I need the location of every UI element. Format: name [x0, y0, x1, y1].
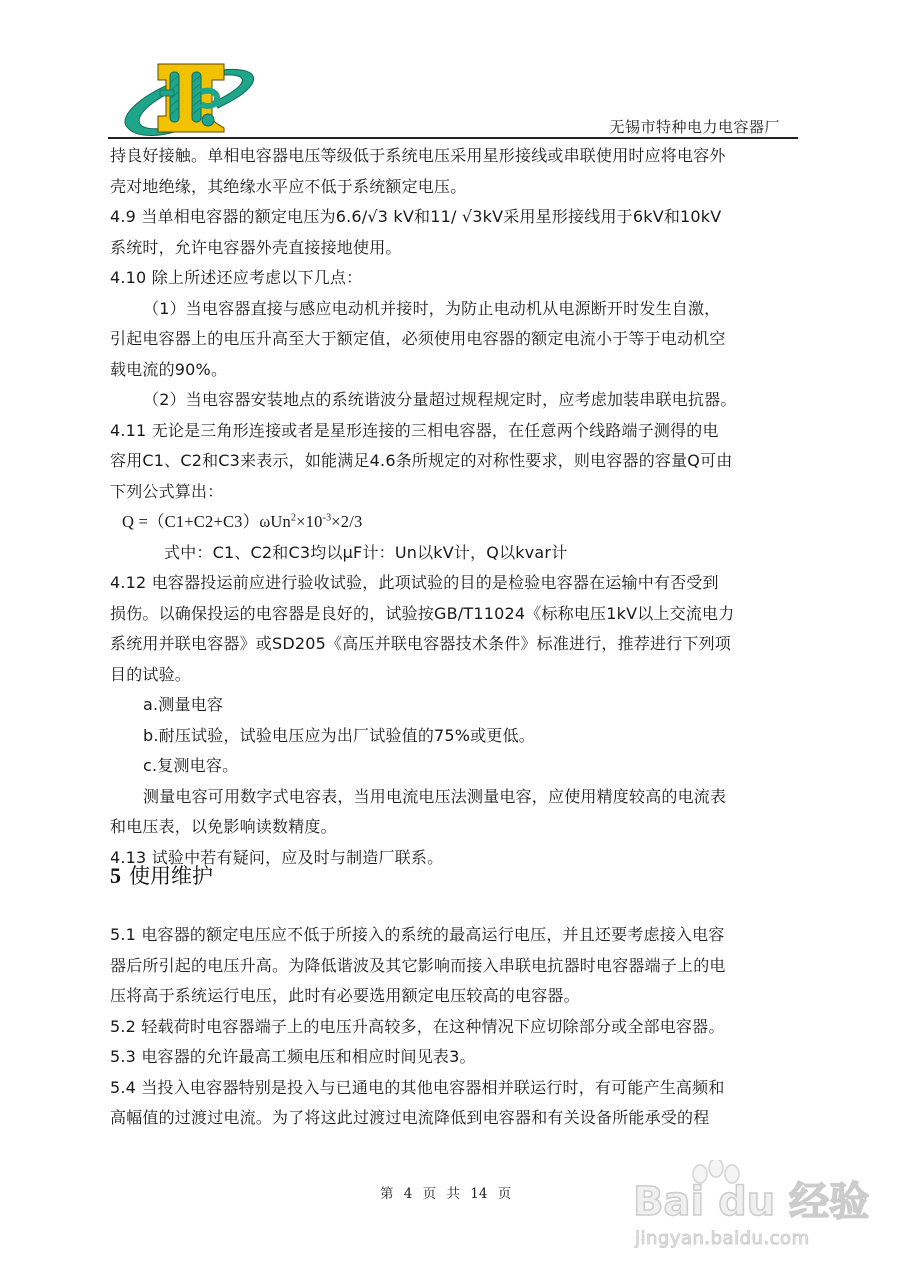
clause-4-10: 4.10 除上所述还应考虑以下几点：	[110, 263, 800, 294]
watermark-url: jingyan.baidu.com	[635, 1228, 810, 1249]
formula-exponent: -3	[323, 513, 332, 524]
paragraph-line: 高幅值的过渡过电流。为了将这此过渡过电流降低到电容器和有关设备所能承受的程	[110, 1103, 800, 1134]
document-page: 无锡市特种电力电容器厂 持良好接触。单相电容器电压等级低于系统电压采用星形接线或…	[0, 0, 905, 1280]
paragraph-line: 损伤。以确保投运的电容器是良好的，试验按GB/T11024《标称电压1kV以上交…	[110, 599, 800, 630]
watermark-brand: Bai du 经验	[633, 1170, 869, 1227]
company-name: 无锡市特种电力电容器厂	[609, 116, 780, 137]
paragraph-line: 持良好接触。单相电容器电压等级低于系统电压采用星形接线或串联使用时应将电容外	[110, 141, 800, 172]
formula-prefix: Q =（C1+C2+C3）ωUn	[122, 512, 291, 531]
clause-5-1: 5.1 电容器的额定电压应不低于所接入的系统的最高运行电压，并且还要考虑接入电容	[110, 920, 800, 951]
paragraph-line: 容用C1、C2和C3来表示，如能满足4.6条所规定的对称性要求，则电容器的容量Q…	[110, 446, 800, 477]
paragraph-line: 器后所引起的电压升高。为降低谐波及其它影响而接入串联电抗器时电容器端子上的电	[110, 951, 800, 982]
paragraph-line: 系统用并联电容器》或SD205《高压并联电容器技术条件》标准进行，推荐进行下列项	[110, 629, 800, 660]
paragraph-line: 测量电容可用数字式电容表，当用电流电压法测量电容，应使用精度较高的电流表	[110, 782, 800, 813]
paragraph-line: 压将高于系统运行电压，此时有必要选用额定电压较高的电容器。	[110, 981, 800, 1012]
section-4-body: 持良好接触。单相电容器电压等级低于系统电压采用星形接线或串联使用时应将电容外 壳…	[110, 141, 800, 873]
paragraph-line: 和电压表，以免影响读数精度。	[110, 812, 800, 843]
clause-4-11: 4.11 无论是三角形连接或者是星形连接的三相电容器，在任意两个线路端子测得的电	[110, 416, 800, 447]
paragraph-line: 下列公式算出：	[110, 477, 800, 508]
paragraph-line: 目的试验。	[110, 660, 800, 691]
item-1: （1）当电容器直接与感应电动机并接时，为防止电动机从电源断开时发生自激，	[110, 294, 800, 325]
paragraph-line: 引起电容器上的电压升高至大于额定值，必须使用电容器的额定电流小于等于电动机空	[110, 324, 800, 355]
paragraph-line: 壳对地绝缘，其绝缘水平应不低于系统额定电压。	[110, 172, 800, 203]
clause-5-4: 5.4 当投入电容器特别是投入与已通电的其他电容器相并联运行时，有可能产生高频和	[110, 1073, 800, 1104]
company-logo-icon	[120, 58, 260, 136]
test-item-a: a.测量电容	[110, 690, 800, 721]
section-number: 5	[110, 863, 121, 888]
formula-note: 式中：C1、C2和C3均以μF计：Un以kV计，Q以kvar计	[110, 538, 800, 569]
paragraph-line: 载电流的90%。	[110, 355, 800, 386]
section-5-body: 5.1 电容器的额定电压应不低于所接入的系统的最高运行电压，并且还要考虑接入电容…	[110, 920, 800, 1134]
header-divider	[108, 137, 798, 139]
clause-4-13: 4.13 试验中若有疑问，应及时与制造厂联系。	[110, 843, 800, 874]
clause-4-9: 4.9 当单相电容器的额定电压为6.6/√3 kV和11/ √3kV采用星形接线…	[110, 202, 800, 233]
item-2: （2）当电容器安装地点的系统谐波分量超过规程规定时，应考虑加装串联电抗器。	[110, 385, 800, 416]
capacity-formula: Q =（C1+C2+C3）ωUn2×10-3×2/3	[110, 507, 800, 538]
test-item-c: c.复测电容。	[110, 751, 800, 782]
paragraph-line: 系统时，允许电容器外壳直接接地使用。	[110, 233, 800, 264]
clause-4-12: 4.12 电容器投运前应进行验收试验，此项试验的目的是检验电容器在运输中有否受到	[110, 568, 800, 599]
section-title: 使用维护	[129, 864, 213, 888]
clause-5-3: 5.3 电容器的允许最高工频电压和相应时间见表3。	[110, 1042, 800, 1073]
page-indicator: 第 4 页 共 14 页	[380, 1182, 511, 1202]
test-item-b: b.耐压试验，试验电压应为出厂试验值的75%或更低。	[110, 721, 800, 752]
section-5-heading: 5使用维护	[110, 860, 213, 890]
formula-mid: ×10	[296, 512, 322, 531]
formula-suffix: ×2/3	[331, 512, 362, 531]
clause-5-2: 5.2 轻载荷时电容器端子上的电压升高较多，在这种情况下应切除部分或全部电容器。	[110, 1012, 800, 1043]
